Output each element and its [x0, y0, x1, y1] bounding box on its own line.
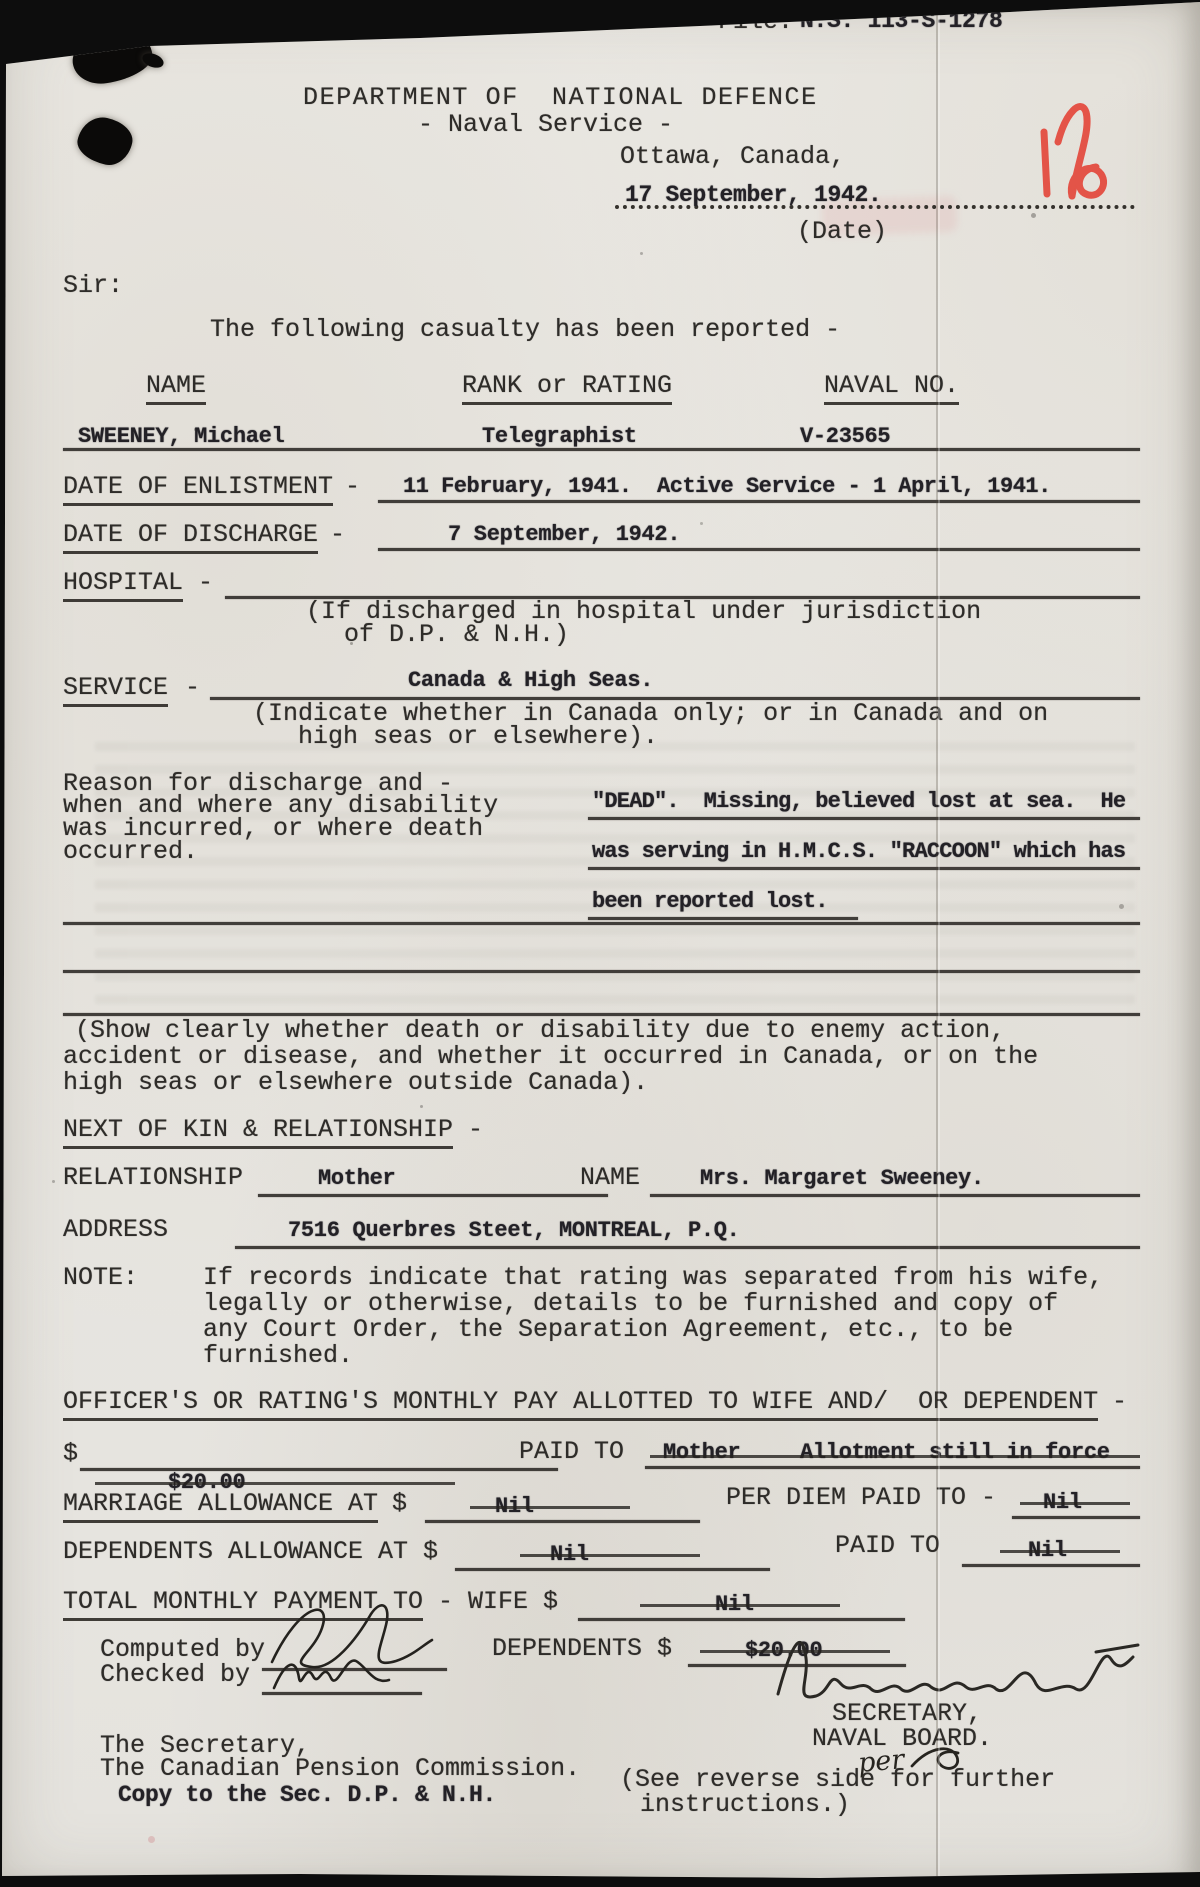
fold-crease: [936, 0, 938, 1887]
copy-line: Copy to the Sec. D.P. & N.H.: [118, 1782, 496, 1808]
paper-specks: [0, 0, 3, 3]
addressee-line-2: The Canadian Pension Commission.: [100, 1755, 580, 1784]
per-annotation-flourish: [0, 0, 1200, 1887]
reverse-note-line-2: instructions.): [640, 1791, 850, 1820]
scanned-document-page: File: N.S. 113-S-1278 DEPARTMENT OF NATI…: [0, 0, 1200, 1887]
paper-sheet: File: N.S. 113-S-1278 DEPARTMENT OF NATI…: [0, 0, 1200, 1887]
